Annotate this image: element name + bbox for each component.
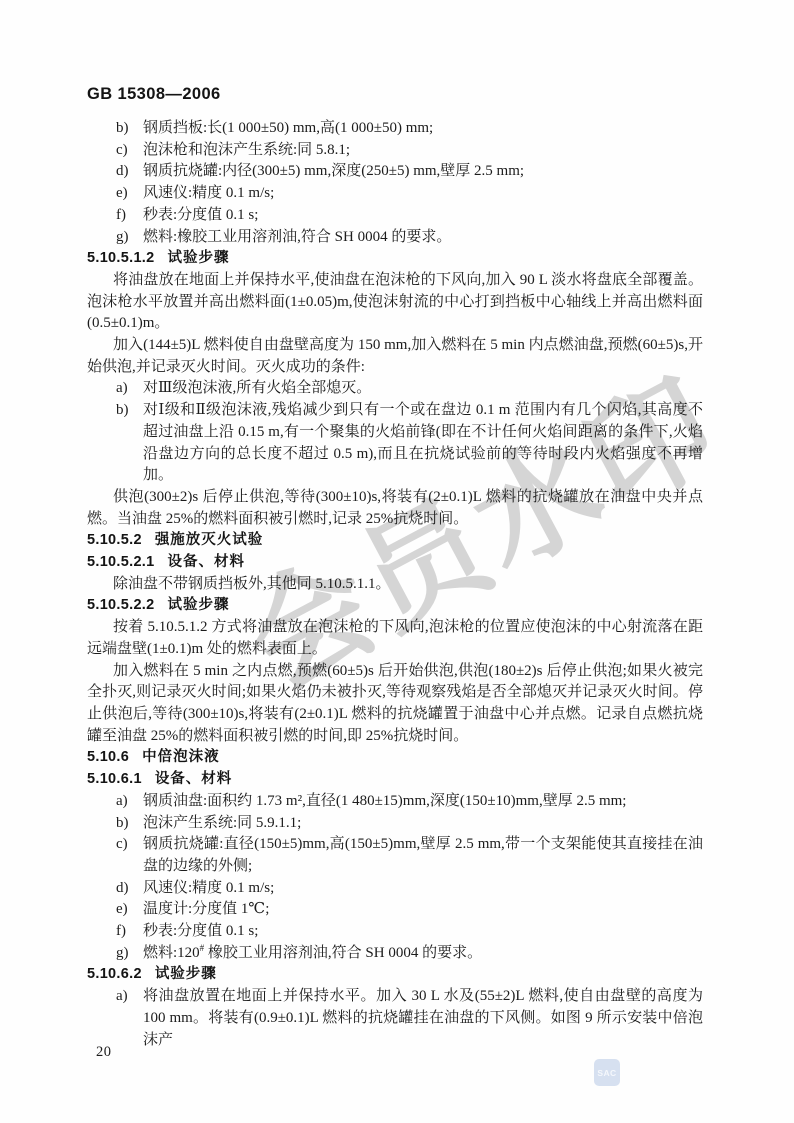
paragraph: 加入燃料在 5 min 之内点燃,预燃(60±5)s 后开始供泡,供泡(180±…: [87, 661, 703, 748]
document-page: 会员水印 GB 15308—2006 b)钢质挡板:长(1 000±50) mm…: [0, 0, 794, 1123]
list-marker: e): [116, 183, 128, 205]
clause-title: 强施放灭火试验: [155, 532, 264, 548]
list-text: 燃料:橡胶工业用溶剂油,符合 SH 0004 的要求。: [143, 229, 451, 245]
paragraph: 供泡(300±2)s 后停止供泡,等待(300±10)s,将装有(2±0.1)L…: [87, 487, 703, 530]
list-marker: b): [116, 118, 129, 140]
paragraph: 除油盘不带钢质挡板外,其他同 5.10.5.1.1。: [87, 574, 703, 596]
clause-number: 5.10.5.1.2: [87, 250, 155, 266]
clause-number: 5.10.5.2.2: [87, 597, 155, 613]
list-item: b)钢质挡板:长(1 000±50) mm,高(1 000±50) mm;: [87, 118, 703, 140]
sac-logo: SAC: [594, 1059, 620, 1086]
list-text: 钢质挡板:长(1 000±50) mm,高(1 000±50) mm;: [143, 120, 433, 136]
list-marker: f): [116, 921, 126, 943]
list-item: f)秒表:分度值 0.1 s;: [87, 205, 703, 227]
list-marker: g): [116, 943, 129, 965]
list-marker: a): [116, 791, 128, 813]
list-marker: d): [116, 161, 129, 183]
list-text: 钢质油盘:面积约 1.73 m²,直径(1 480±15)mm,深度(150±1…: [143, 793, 626, 809]
list-item: g)燃料:橡胶工业用溶剂油,符合 SH 0004 的要求。: [87, 227, 703, 249]
clause-title: 设备、材料: [168, 554, 246, 570]
list-text: 对Ⅲ级泡沫液,所有火焰全部熄灭。: [143, 380, 371, 396]
list-marker: f): [116, 205, 126, 227]
paragraph: 将油盘放在地面上并保持水平,使油盘在泡沫枪的下风向,加入 90 L 淡水将盘底全…: [87, 270, 703, 335]
list-text: 秒表:分度值 0.1 s;: [143, 923, 258, 939]
page-number: 20: [96, 1044, 112, 1061]
list-text: 燃料:120: [143, 945, 200, 961]
list-text: 泡沫产生系统:同 5.9.1.1;: [143, 815, 301, 831]
clause-heading: 5.10.5.2强施放灭火试验: [87, 530, 703, 552]
list-marker: c): [116, 834, 128, 856]
clause-heading: 5.10.5.2.2试验步骤: [87, 595, 703, 617]
clause-heading: 5.10.5.1.2试验步骤: [87, 248, 703, 270]
list-text: 钢质抗烧罐:直径(150±5)mm,高(150±5)mm,壁厚 2.5 mm,带…: [143, 836, 703, 874]
document-body: b)钢质挡板:长(1 000±50) mm,高(1 000±50) mm; c)…: [87, 118, 703, 1051]
list-item: a)对Ⅲ级泡沫液,所有火焰全部熄灭。: [87, 378, 703, 400]
list-marker: e): [116, 899, 128, 921]
list-item: g)燃料:120# 橡胶工业用溶剂油,符合 SH 0004 的要求。: [87, 943, 703, 965]
list-item: f)秒表:分度值 0.1 s;: [87, 921, 703, 943]
list-text: 将油盘放置在地面上并保持水平。加入 30 L 水及(55±2)L 燃料,使自由盘…: [143, 988, 703, 1047]
list-marker: c): [116, 140, 128, 162]
list-marker: g): [116, 227, 129, 249]
list-item: d)风速仪:精度 0.1 m/s;: [87, 878, 703, 900]
list-marker: d): [116, 878, 129, 900]
list-item: b)对Ⅰ级和Ⅱ级泡沫液,残焰减少到只有一个或在盘边 0.1 m 范围内有几个闪焰…: [87, 400, 703, 487]
clause-number: 5.10.6.2: [87, 966, 142, 982]
list-item: b)泡沫产生系统:同 5.9.1.1;: [87, 813, 703, 835]
list-text: 钢质抗烧罐:内径(300±5) mm,深度(250±5) mm,壁厚 2.5 m…: [143, 163, 524, 179]
list-text: 泡沫枪和泡沫产生系统:同 5.8.1;: [143, 142, 350, 158]
clause-number: 5.10.5.2: [87, 532, 142, 548]
list-text: 对Ⅰ级和Ⅱ级泡沫液,残焰减少到只有一个或在盘边 0.1 m 范围内有几个闪焰,其…: [143, 402, 703, 483]
list-item: c)钢质抗烧罐:直径(150±5)mm,高(150±5)mm,壁厚 2.5 mm…: [87, 834, 703, 877]
list-marker: a): [116, 986, 128, 1008]
list-text: 温度计:分度值 1℃;: [143, 901, 269, 917]
list-marker: b): [116, 813, 129, 835]
clause-number: 5.10.6.1: [87, 771, 142, 787]
list-text: 橡胶工业用溶剂油,符合 SH 0004 的要求。: [204, 945, 482, 961]
list-item: e)温度计:分度值 1℃;: [87, 899, 703, 921]
list-text: 秒表:分度值 0.1 s;: [143, 207, 258, 223]
clause-title: 中倍泡沫液: [142, 749, 220, 765]
paragraph: 加入(144±5)L 燃料使自由盘壁高度为 150 mm,加入燃料在 5 min…: [87, 335, 703, 378]
standard-code: GB 15308—2006: [87, 85, 221, 104]
clause-title: 试验步骤: [168, 250, 230, 266]
list-item: d)钢质抗烧罐:内径(300±5) mm,深度(250±5) mm,壁厚 2.5…: [87, 161, 703, 183]
list-item: e)风速仪:精度 0.1 m/s;: [87, 183, 703, 205]
paragraph: 按着 5.10.5.1.2 方式将油盘放在泡沫枪的下风向,泡沫枪的位置应使泡沫的…: [87, 617, 703, 660]
list-marker: a): [116, 378, 128, 400]
clause-title: 设备、材料: [155, 771, 233, 787]
clause-heading: 5.10.6中倍泡沫液: [87, 747, 703, 769]
list-text: 风速仪:精度 0.1 m/s;: [143, 185, 274, 201]
clause-heading: 5.10.5.2.1设备、材料: [87, 552, 703, 574]
clause-number: 5.10.6: [87, 749, 129, 765]
clause-heading: 5.10.6.2试验步骤: [87, 964, 703, 986]
list-text: 风速仪:精度 0.1 m/s;: [143, 880, 274, 896]
list-marker: b): [116, 400, 129, 422]
clause-heading: 5.10.6.1设备、材料: [87, 769, 703, 791]
clause-title: 试验步骤: [155, 966, 217, 982]
list-item: a)钢质油盘:面积约 1.73 m²,直径(1 480±15)mm,深度(150…: [87, 791, 703, 813]
clause-title: 试验步骤: [168, 597, 230, 613]
clause-number: 5.10.5.2.1: [87, 554, 155, 570]
list-item: a)将油盘放置在地面上并保持水平。加入 30 L 水及(55±2)L 燃料,使自…: [87, 986, 703, 1051]
list-item: c)泡沫枪和泡沫产生系统:同 5.8.1;: [87, 140, 703, 162]
